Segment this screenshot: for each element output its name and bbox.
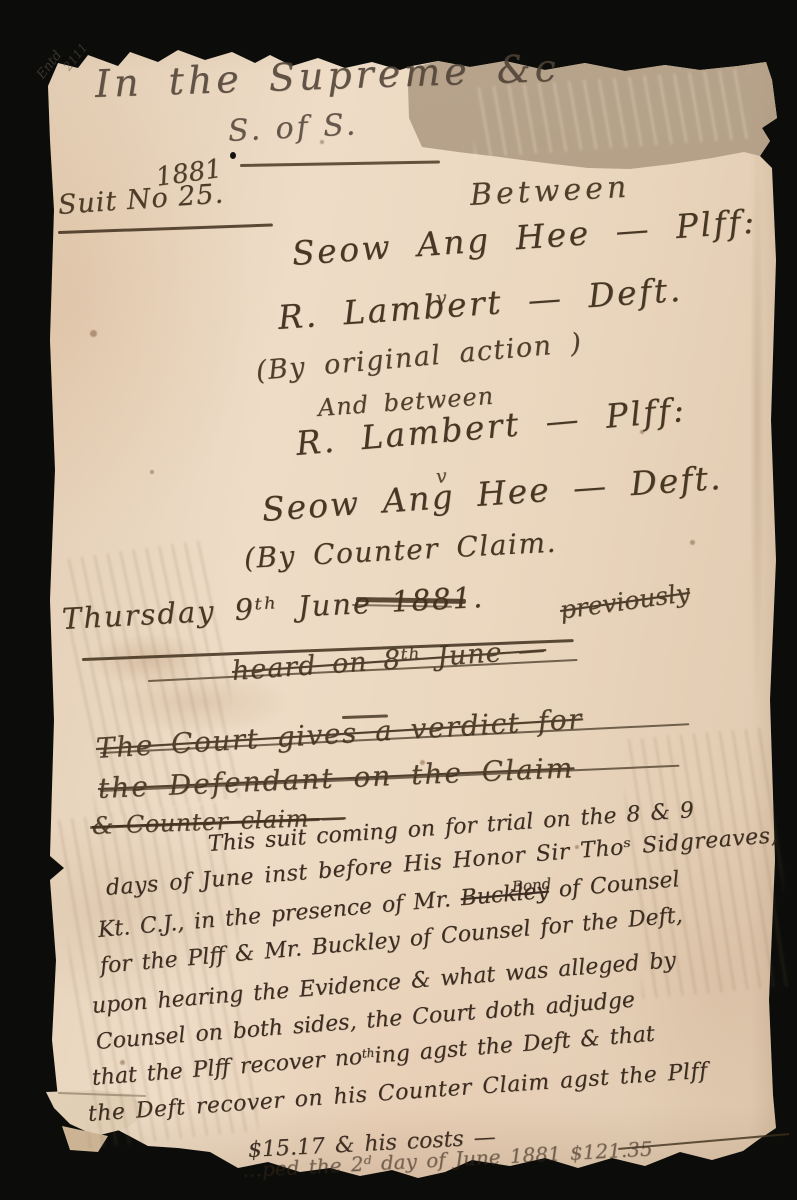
insertion-bond: Bond xyxy=(511,875,552,896)
foxing-spot xyxy=(90,330,97,337)
foxing-spot xyxy=(420,760,425,765)
foxing-spot xyxy=(640,430,644,434)
bleed-through-mark xyxy=(55,802,259,1148)
worm-hole xyxy=(230,152,236,159)
foxing-spot xyxy=(320,140,324,144)
bleed-through-mark xyxy=(620,727,792,999)
court-heading-2: S. of S. xyxy=(227,107,359,149)
foxing-spot xyxy=(690,540,695,545)
foxing-spot xyxy=(575,845,579,849)
handwritten-text: Bond xyxy=(511,875,552,896)
foxing-spot xyxy=(120,1060,125,1065)
scan-background: Entd2111In the Supreme &cS. of S.1881Sui… xyxy=(0,0,797,1200)
handwritten-text: S. of S. xyxy=(227,107,359,149)
handwritten-text: th xyxy=(361,1046,375,1061)
foxing-spot xyxy=(150,470,154,474)
